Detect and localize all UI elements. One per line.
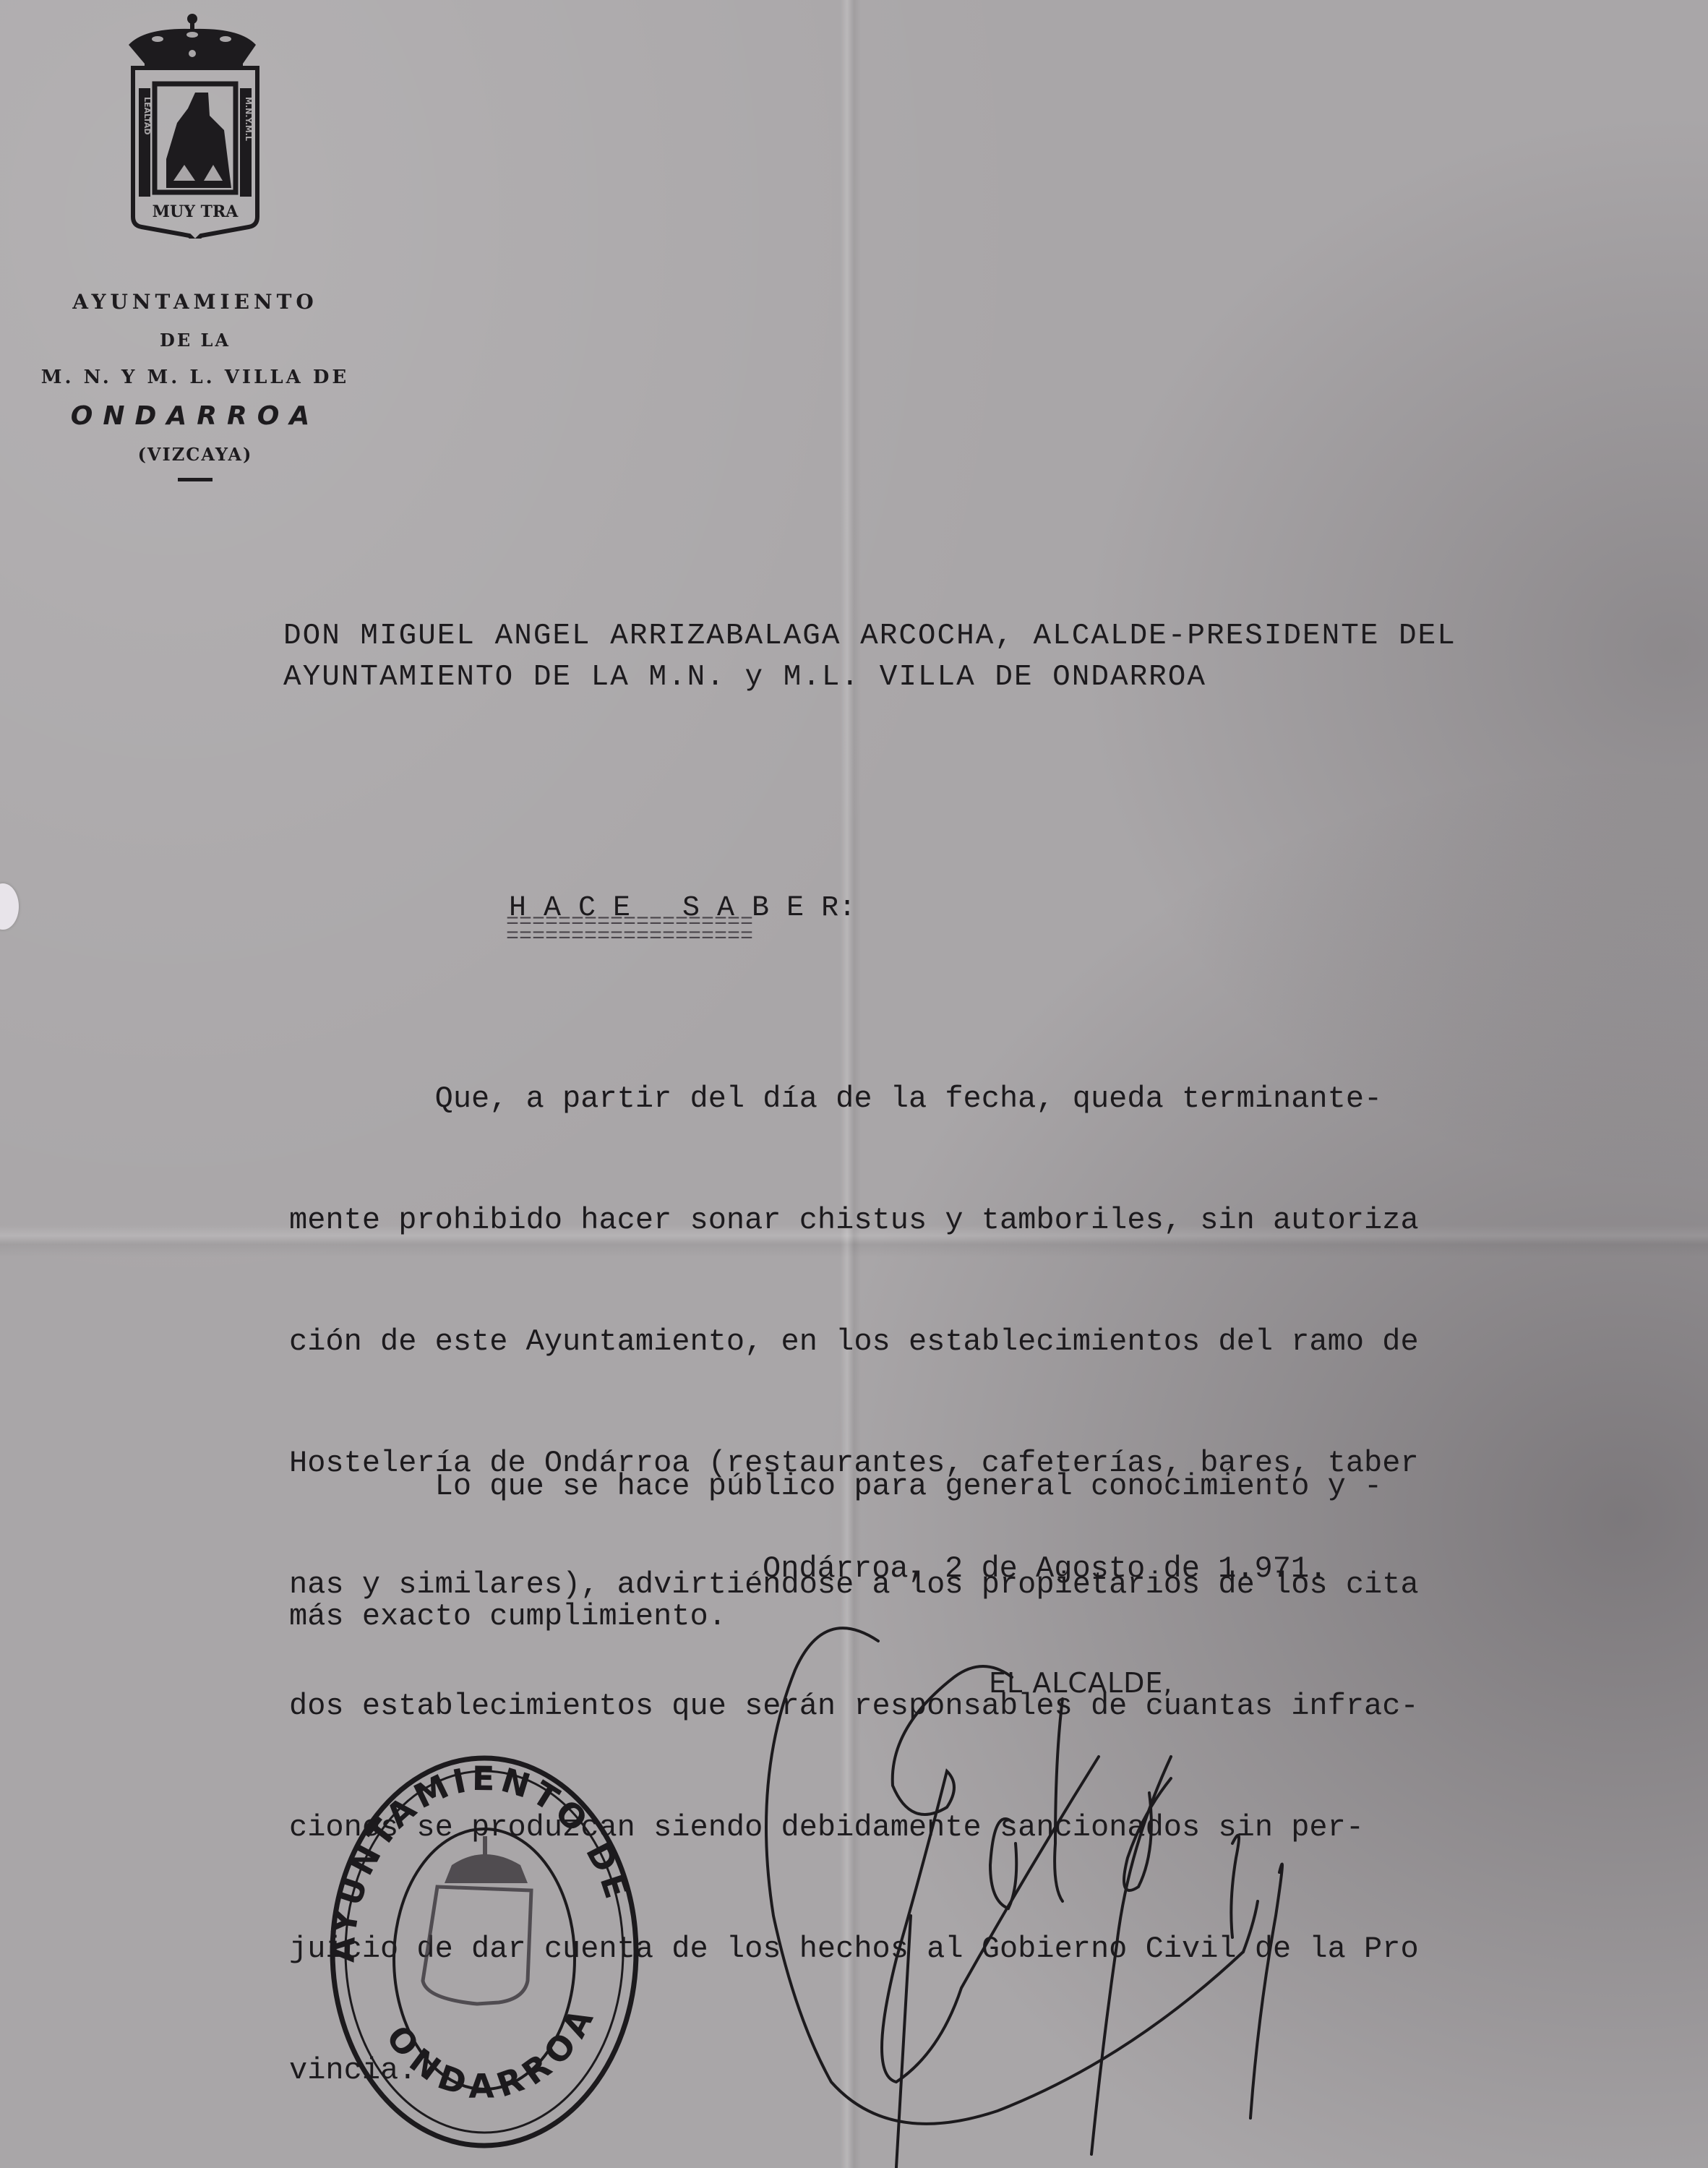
body-line: Que, a partir del día de la fecha, queda… [289,1079,1419,1119]
letterhead-line-villa: M. N. Y M. L. VILLA DE [29,367,361,388]
coat-of-arms-icon: LEALTAD M.N.Y.M.L MUY TRA [123,7,267,239]
closing-line: Lo que se hace público para general cono… [289,1465,1382,1508]
letterhead: LEALTAD M.N.Y.M.L MUY TRA AYUNTAMIENTO D… [29,7,361,481]
issuer-line-2: AYUNTAMIENTO DE LA M.N. y M.L. VILLA DE … [283,657,1456,698]
svg-text:LEALTAD: LEALTAD [142,97,152,135]
svg-text:M.N.Y.M.L: M.N.Y.M.L [244,97,253,141]
svg-text:ONDARROA: ONDARROA [379,1997,604,2106]
letterhead-divider [178,478,213,481]
official-seal-stamp: AYUNTAMIENTO DE ONDARROA [304,1735,665,2168]
place-and-date: Ondárroa, 2 de Agosto de 1.971. [763,1548,1327,1590]
letterhead-town-name: ONDARROA [29,401,361,431]
punch-hole [0,883,19,930]
issuer-line-1: DON MIGUEL ANGEL ARRIZABALAGA ARCOCHA, A… [283,616,1456,657]
seal-text-bottom: ONDARROA [379,1997,604,2106]
crest-motto: MUY TRA [153,202,239,221]
body-line: ción de este Ayuntamiento, en los establ… [289,1321,1419,1362]
underline-row-2: =================== [506,930,753,944]
issuer-title-block: DON MIGUEL ANGEL ARRIZABALAGA ARCOCHA, A… [283,616,1456,698]
letterhead-province: (VIZCAYA) [29,444,361,465]
body-line: mente prohibido hacer sonar chistus y ta… [289,1200,1419,1241]
letterhead-line-de-la: DE LA [29,330,361,351]
handwritten-signature-icon [723,1612,1373,2168]
heading-double-underline: ====================================== [506,915,753,944]
letterhead-line-ayuntamiento: AYUNTAMIENTO [29,290,361,314]
